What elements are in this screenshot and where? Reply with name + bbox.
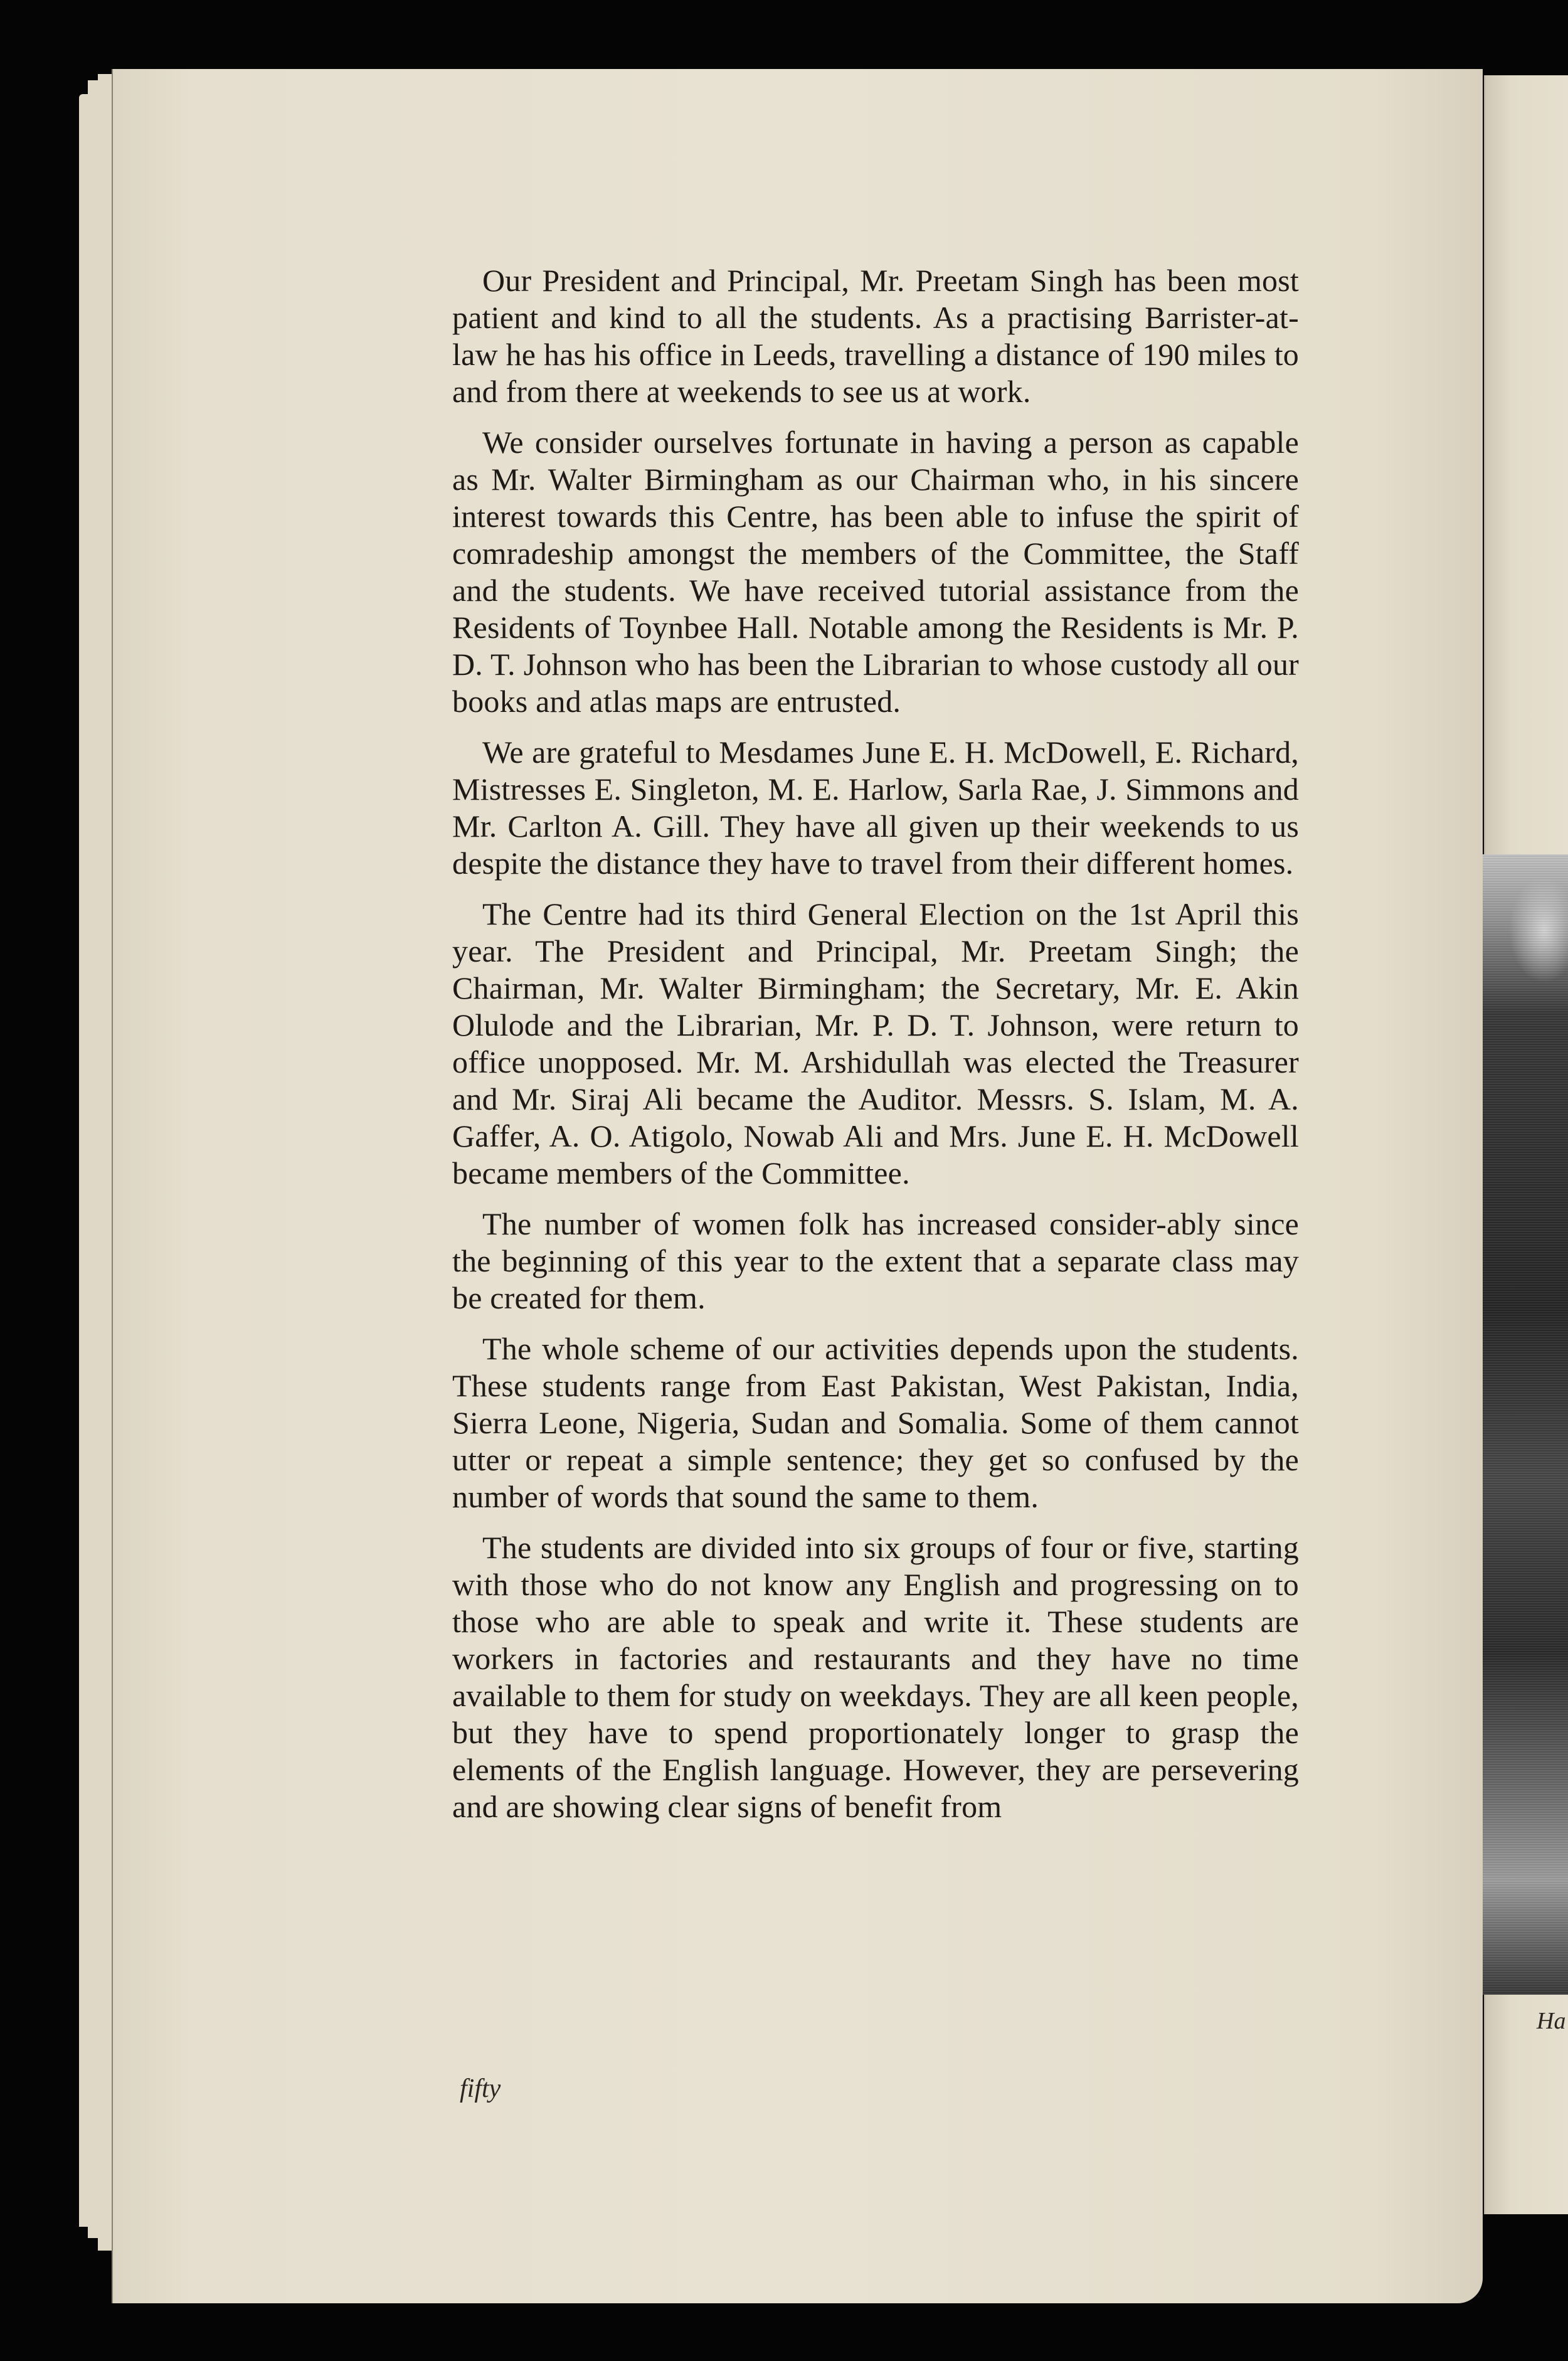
paragraph-election: The Centre had its third General Electio… — [452, 896, 1299, 1192]
body-text: Our President and Principal, Mr. Preetam… — [452, 262, 1299, 1839]
page-number: fifty — [460, 2074, 501, 2104]
paragraph-women: The number of women folk has increased c… — [452, 1206, 1299, 1317]
paragraph-students-origin: The whole scheme of our activities depen… — [452, 1330, 1299, 1515]
paragraph-student-groups: The students are divided into six groups… — [452, 1529, 1299, 1825]
paragraph-gratitude: We are grateful to Mesdames June E. H. M… — [452, 734, 1299, 882]
paragraph-chairman: We consider ourselves fortunate in havin… — [452, 424, 1299, 720]
halftone-texture — [1469, 854, 1568, 1995]
paragraph-president: Our President and Principal, Mr. Preetam… — [452, 262, 1299, 410]
photo-caption: Ha — [1537, 2007, 1565, 2035]
facing-page-photo — [1468, 854, 1568, 1995]
